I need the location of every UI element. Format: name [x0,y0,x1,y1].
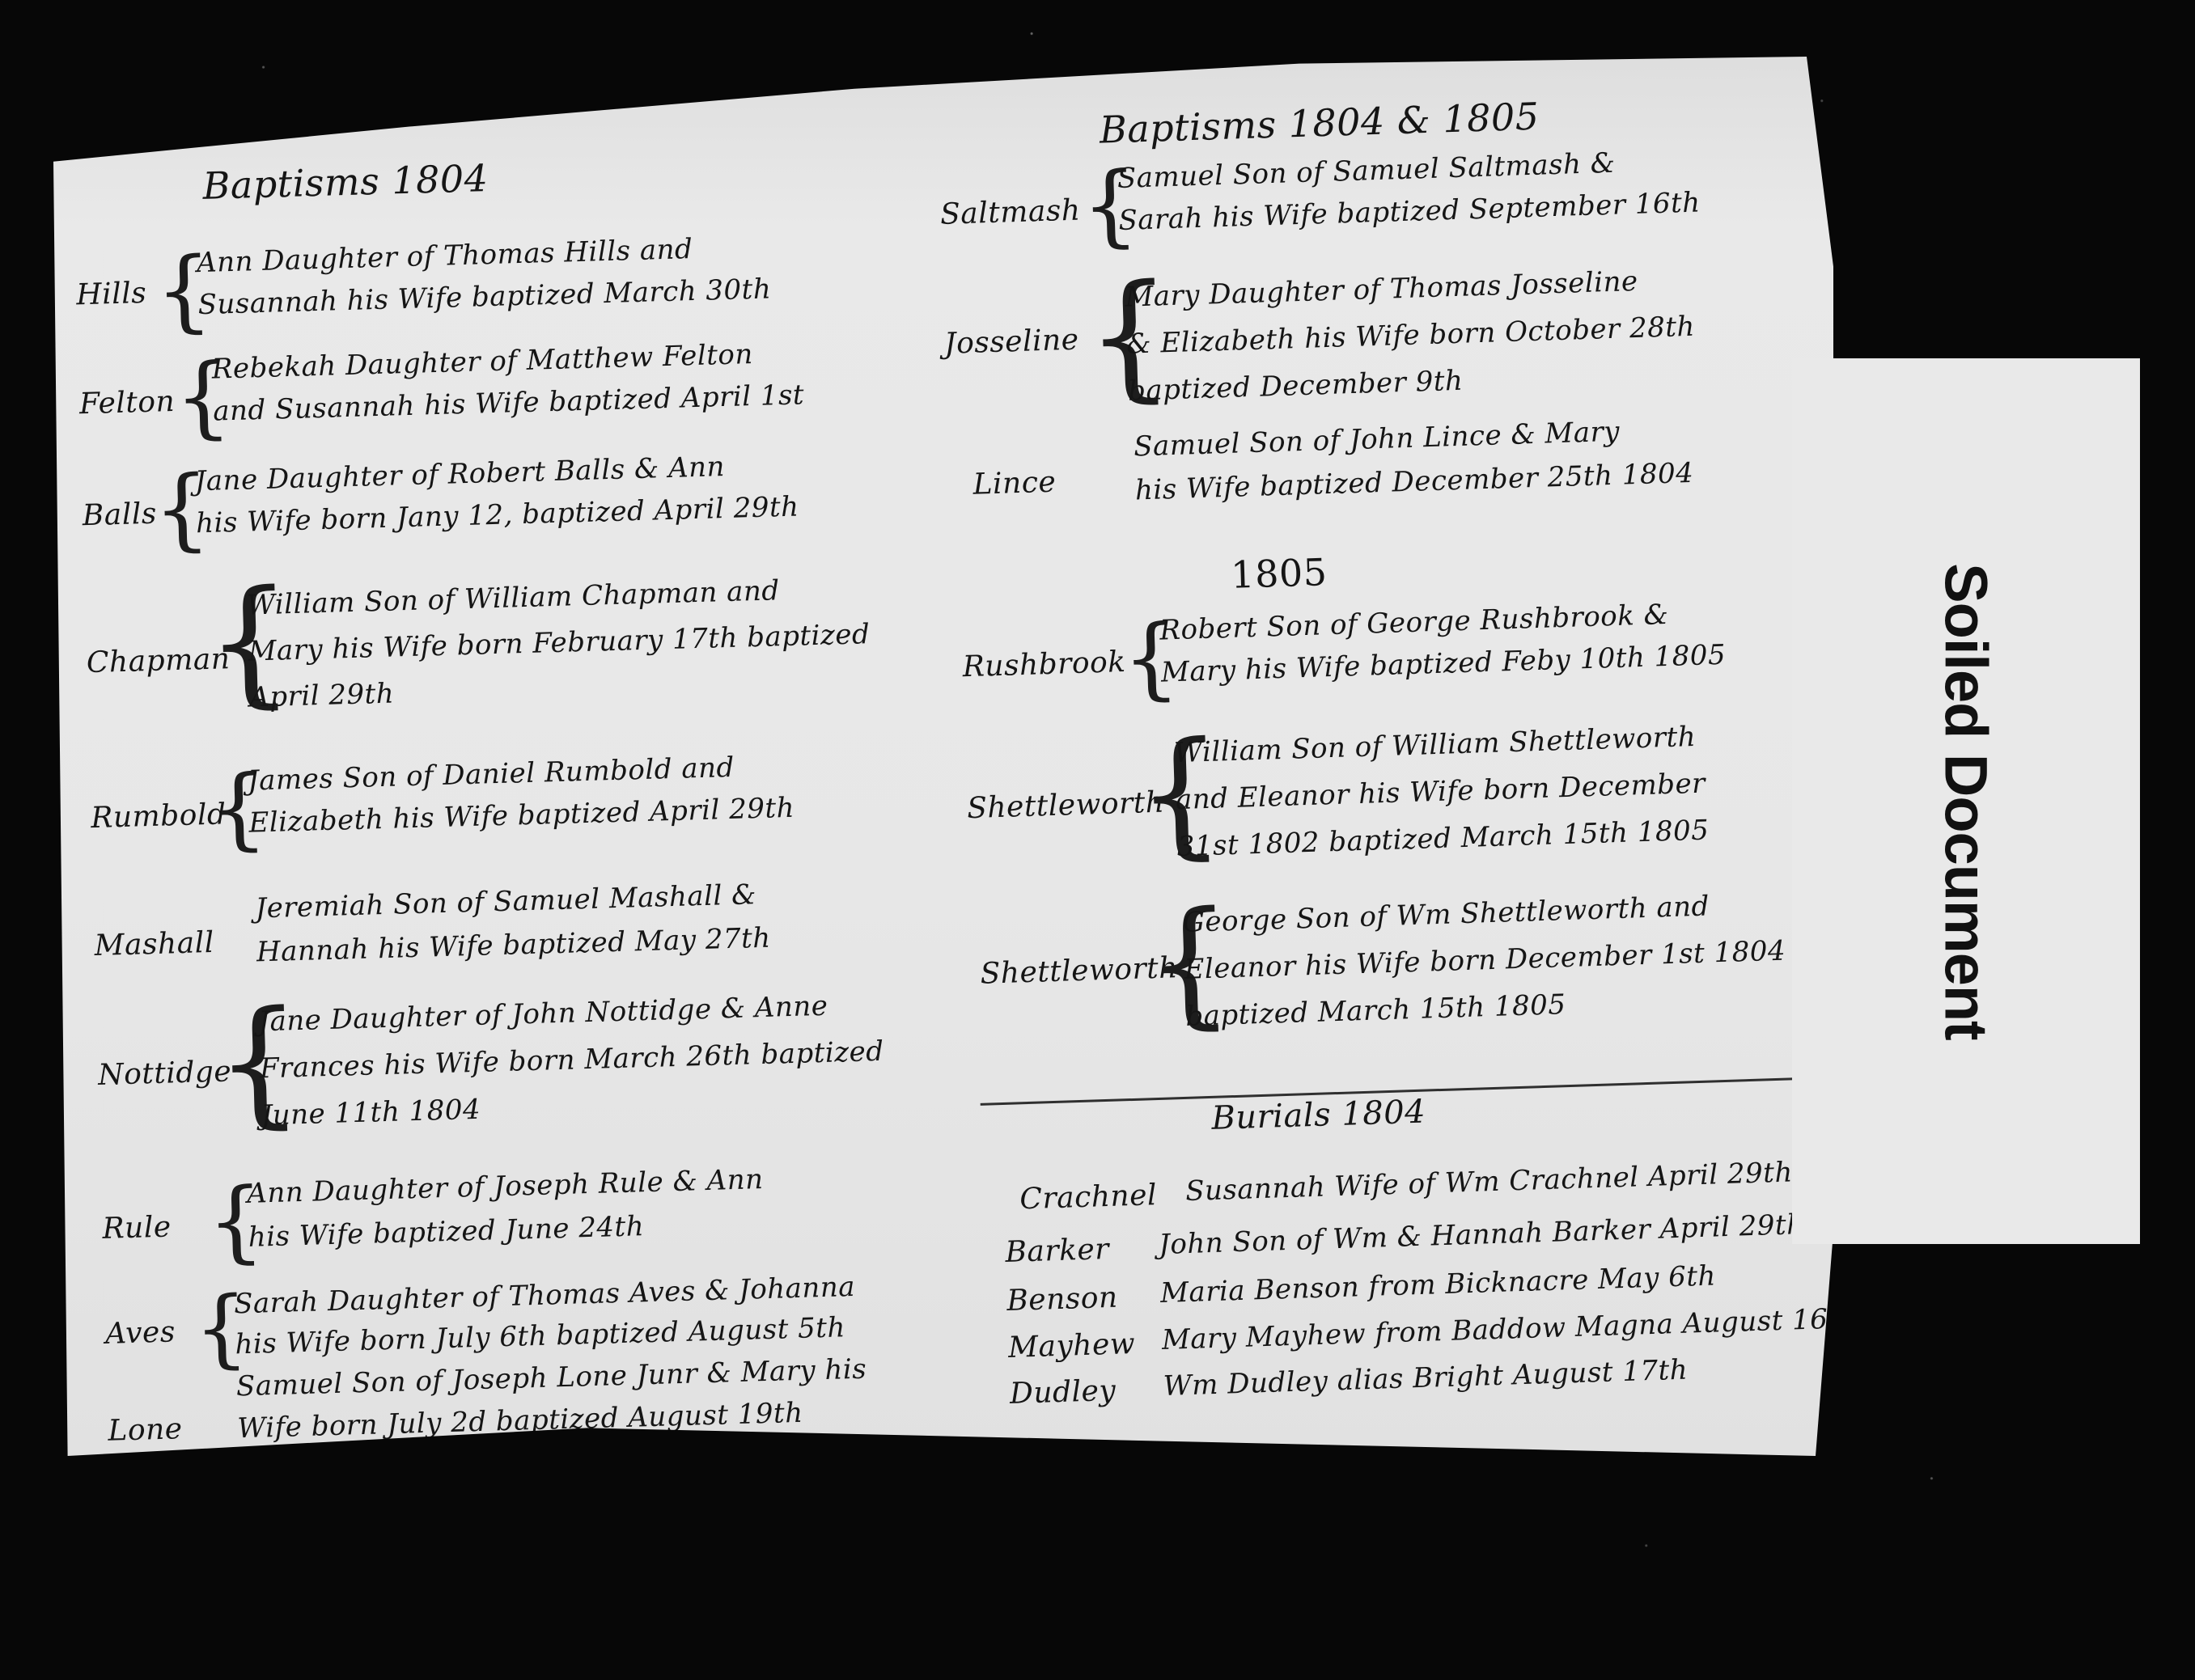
entry-line: and Susannah his Wife baptized April 1st [213,379,805,427]
entry-line: Mary his Wife born February 17th baptize… [248,618,871,667]
surname-rule: Rule [102,1211,172,1246]
surname-saltmash: Saltmash [939,193,1081,231]
soiled-document-label: Soiled Document [1792,358,2140,1244]
surname-lince: Lince [972,466,1057,501]
entry-line: his Wife born Jany 12, baptized April 29… [196,490,799,540]
entry-line: Ann Daughter of Thomas Hills and [197,233,693,279]
entry-line: William Son of William Shettleworth [1174,721,1697,769]
surname-josseline: Josseline [944,324,1080,361]
entry-line: Jeremiah Son of Samuel Mashall & [255,878,756,925]
subheading-1805: 1805 [1230,550,1328,597]
surname-hills: Hills [76,277,147,311]
entry-line: Samuel Son of John Lince & Mary [1134,416,1621,463]
surname-rumbold: Rumbold [91,798,227,835]
entry-line: William Son of William Chapman and [246,574,780,621]
surname-felton: Felton [78,385,175,421]
burials-heading: Burials 1804 [1211,1094,1426,1137]
entry-line: baptized December 9th [1127,365,1463,408]
entry-line: Sarah his Wife baptized September 16th [1118,186,1701,237]
surname-aves: Aves [105,1315,176,1350]
burial-surname: Barker [1005,1233,1110,1269]
burial-entry: Maria Benson from Bicknacre May 6th [1160,1259,1717,1310]
label-text: Soiled Document [1932,563,2001,1039]
entry-line: Eleanor his Wife born December 1st 1804 [1184,935,1786,986]
burial-entry: Wm Dudley alias Bright August 17th [1163,1354,1689,1403]
entry-line: & Elizabeth his Wife born October 28th [1126,311,1696,361]
entry-line: his Wife baptized December 25th 1804 [1134,457,1694,507]
entry-line: Hannah his Wife baptized May 27th [256,922,771,969]
burial-surname: Crachnel [1019,1179,1158,1216]
entry-line: 31st 1802 baptized March 15th 1805 [1176,814,1710,863]
surname-balls: Balls [82,497,157,533]
entry-line: Mary his Wife baptized Feby 10th 1805 [1160,639,1726,689]
surname-rushbrook: Rushbrook [962,645,1126,683]
entry-line: Rebekah Daughter of Matthew Felton [211,338,753,386]
entry-line: Susannah his Wife baptized March 30th [197,273,772,321]
entry-line: baptized March 15th 1805 [1185,988,1566,1033]
entry-line: James Son of Daniel Rumbold and [248,751,735,798]
entry-line: Elizabeth his Wife baptized April 29th [248,792,795,840]
surname-mashall: Mashall [94,926,214,963]
entry-line: his Wife baptized June 24th [248,1210,644,1254]
entry-line: Jane Daughter of John Nottidge & Anne [258,990,828,1039]
right-column: Baptisms 1804 & 1805 Saltmash { Samuel S… [935,28,1877,1455]
manuscript-sheet: Baptisms 1804 Hills { Ann Daughter of Th… [53,57,1833,1456]
left-heading: Baptisms 1804 [202,156,489,208]
entry-line: Samuel Son of Joseph Lone Junr & Mary hi… [235,1353,867,1403]
entry-line: Jane Daughter of Robert Balls & Ann [194,451,725,497]
entry-line: Samuel Son of Samuel Saltmash & [1117,147,1616,195]
burial-entry: Mary Mayhew from Baddow Magna August 16t… [1161,1302,1858,1356]
burial-surname: Benson [1006,1281,1119,1318]
entry-line: Ann Daughter of Joseph Rule & Ann [247,1163,764,1210]
burial-surname: Dudley [1009,1374,1116,1411]
entry-line: Frances his Wife born March 26th baptize… [259,1035,884,1085]
left-column: Baptisms 1804 Hills { Ann Daughter of Th… [53,32,982,1455]
entry-line: April 29th [249,678,395,714]
burial-entry: John Son of Wm & Hannah Barker April 29t… [1159,1208,1805,1261]
surname-lone: Lone [108,1412,183,1448]
surname-shettleworth: Shettleworth [967,786,1165,826]
entry-line: and Eleanor his Wife born December [1175,768,1706,817]
surname-nottidge: Nottidge [98,1055,232,1092]
burial-entry: Susannah Wife of Wm Crachnel April 29th [1185,1156,1794,1208]
entry-line: Mary Daughter of Thomas Josseline [1125,265,1638,314]
entry-line: June 11th 1804 [261,1094,481,1132]
right-heading: Baptisms 1804 & 1805 [1099,95,1540,152]
burial-surname: Mayhew [1008,1327,1136,1365]
entry-line: Robert Son of George Rushbrook & [1159,599,1669,647]
entry-line: George Son of Wm Shettleworth and [1182,890,1710,938]
entry-line: his Wife born July 6th baptized August 5… [235,1311,845,1361]
